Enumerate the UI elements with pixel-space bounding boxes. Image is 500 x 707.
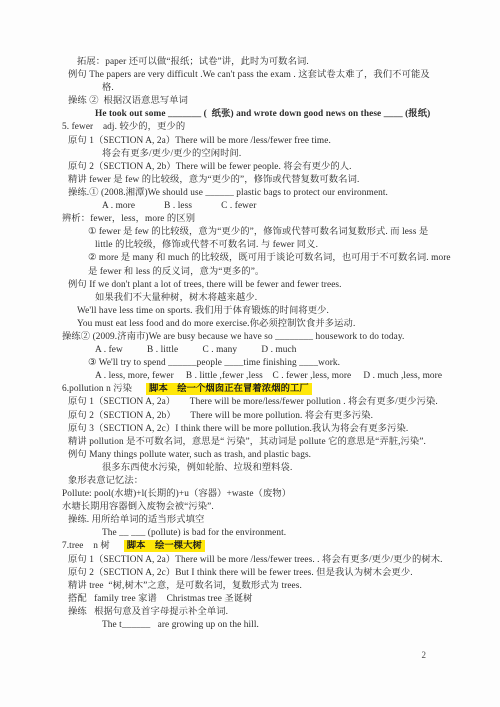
text-line: ② more 是 many 和 much 的比较级，既可用于谈论可数名词，也可用… — [88, 252, 494, 265]
text-line: 原句 2（SECTION A, 2c）But I think there wil… — [68, 567, 494, 580]
text-line: Pollute: pool(水塘)+l(长期的)+u（容器）+waste（废物） — [62, 488, 494, 501]
text-segment: ③ We'll try to spend ______people ____ti… — [88, 358, 340, 368]
text-line: 如果我们不大量种树，树木将越来越少. — [95, 292, 494, 305]
text-segment: 操练. 用所给单词的适当形式填空 — [68, 515, 204, 525]
text-line: A . few B . little C . many D . much — [95, 344, 494, 357]
text-line: 7.tree n 树脚本 绘一棵大树 — [62, 540, 494, 553]
text-segment: He took out some _______ ( 纸张) and wrote… — [95, 109, 430, 119]
text-segment: A . few B . little C . many D . much — [95, 345, 297, 355]
text-line: The __ ___ (pollute) is bad for the envi… — [102, 527, 494, 540]
text-line: 操练. 用所给单词的适当形式填空 — [68, 514, 494, 527]
text-line: 原句 2（SECTION A, 2b） There will be more p… — [68, 410, 494, 423]
text-line: 原句 1（SECTION A, 2a）There will be more /l… — [68, 135, 494, 148]
document-lines: 拓展：paper 还可以做“报纸；试卷”讲，此时为可数名词.例句 The pap… — [62, 56, 494, 632]
text-segment: 如果我们不大量种树，树木将越来越少. — [95, 293, 257, 303]
text-line: A . less, more, fewer B . little ,fewer … — [95, 370, 494, 383]
text-segment: 例句 Many things pollute water, such as tr… — [68, 450, 311, 460]
text-segment: 精讲 fewer 是 few 的比较级，意为“更少的”，修饰或代替复数可数名词. — [68, 175, 359, 185]
text-segment: 原句 1（SECTION A, 2a） There will be more/l… — [68, 397, 438, 407]
document-page: 拓展：paper 还可以做“报纸；试卷”讲，此时为可数名词.例句 The pap… — [0, 0, 500, 707]
text-segment: 5. fewer adj. 较少的，更少的 — [62, 122, 185, 132]
text-segment: 原句 2（SECTION A, 2b）There will be fewer p… — [68, 162, 352, 172]
text-line: 6.pollution n 污染脚本 绘一个烟囱正在冒着浓烟的工厂 — [62, 383, 494, 396]
text-line: 拓展：paper 还可以做“报纸；试卷”讲，此时为可数名词. — [77, 56, 494, 69]
text-line: You must eat less food and do more exerc… — [77, 318, 494, 331]
text-segment: 拓展：paper 还可以做“报纸；试卷”讲，此时为可数名词. — [77, 57, 309, 67]
text-segment: Pollute: pool(水塘)+l(长期的)+u（容器）+waste（废物） — [62, 489, 291, 499]
text-line: 例句 The papers are very difficult .We can… — [68, 69, 494, 82]
page-number: 2 — [422, 650, 427, 660]
text-segment: little 的比较级，修饰或代替不可数名词. 与 fewer 同义. — [95, 240, 318, 250]
text-line: 精讲 tree “树,树木”之意，是可数名词，复数形式为 trees. — [68, 580, 494, 593]
text-segment: The __ ___ (pollute) is bad for the envi… — [102, 528, 286, 538]
text-segment: 原句 2（SECTION A, 2c）But I think there wil… — [68, 568, 413, 578]
text-segment: 辨析：fewer，less，more 的区别 — [62, 214, 195, 224]
text-line: 原句 1（SECTION A, 2a） There will be more/l… — [68, 396, 494, 409]
text-segment: A . less, more, fewer B . little ,fewer … — [95, 371, 442, 381]
text-line: 格. — [102, 82, 494, 95]
highlighted-annotation: 脚本 绘一棵大树 — [124, 540, 205, 552]
text-line: 操练.① (2008.湘潭)We should use ______ plast… — [68, 187, 494, 200]
text-segment: ① fewer 是 few 的比较级，意为“更少的”，修饰或代替可数名词复数形式… — [88, 227, 428, 237]
text-segment: 操练 ② 根据汉语意思写单词 — [68, 96, 188, 106]
text-line: 辨析：fewer，less，more 的区别 — [62, 213, 494, 226]
text-line: 精讲 pollution 是不可数名词，意思是“ 污染”，其动词是 pollut… — [68, 436, 494, 449]
text-line: 原句 2（SECTION A, 2b）There will be fewer p… — [68, 161, 494, 174]
text-line: ① fewer 是 few 的比较级，意为“更少的”，修饰或代替可数名词复数形式… — [88, 226, 494, 239]
text-segment: 操练.① (2008.湘潭)We should use ______ plast… — [68, 188, 388, 198]
text-line: 操练② (2009.济南市)We are busy because we hav… — [62, 331, 494, 344]
text-line: A . more B . less C . fewer — [102, 200, 494, 213]
text-line: 操练 ② 根据汉语意思写单词 — [68, 95, 494, 108]
text-line: 是 fewer 和 less 的反义词，意为“更多的”。 — [88, 266, 494, 279]
text-line: He took out some _______ ( 纸张) and wrote… — [95, 108, 494, 121]
text-line: 5. fewer adj. 较少的，更少的 — [62, 121, 494, 134]
text-line: little 的比较级，修饰或代替不可数名词. 与 fewer 同义. — [95, 239, 494, 252]
text-line: We'll have less time on sports. 我们用于体育锻炼… — [77, 305, 494, 318]
text-segment: 精讲 pollution 是不可数名词，意思是“ 污染”，其动词是 pollut… — [68, 437, 426, 447]
text-segment: 象形表意记忆法： — [68, 476, 143, 486]
text-segment: The t______ are growing up on the hill. — [102, 620, 259, 630]
text-segment: 将会有更多/更少/更少的空闲时间. — [102, 149, 241, 159]
text-line: 精讲 fewer 是 few 的比较级，意为“更少的”，修饰或代替复数可数名词. — [68, 174, 494, 187]
text-segment: 原句 3（SECTION A, 2c）I think there will be… — [68, 424, 408, 434]
text-segment: 操练② (2009.济南市)We are busy because we hav… — [62, 332, 404, 342]
text-segment: A . more B . less C . fewer — [102, 201, 256, 211]
text-line: 例句 Many things pollute water, such as tr… — [68, 449, 494, 462]
text-segment: 例句 If we don't plant a lot of trees, the… — [68, 280, 342, 290]
text-segment: 7.tree n 树 — [62, 541, 110, 551]
text-segment: 操练 根据句意及首字母提示补全单词. — [68, 607, 228, 617]
text-line: The t______ are growing up on the hill. — [102, 619, 494, 632]
text-segment: 原句 1（SECTION A, 2a）There will be more /l… — [68, 555, 443, 565]
text-line: 水塘长期用容器倒入废物会被“污染”. — [62, 501, 494, 514]
text-segment: 格. — [102, 83, 114, 93]
text-line: 原句 3（SECTION A, 2c）I think there will be… — [68, 423, 494, 436]
text-line: ③ We'll try to spend ______people ____ti… — [88, 357, 494, 370]
text-line: 很多东西使水污染，例如轮胎、垃圾和塑料袋. — [102, 462, 494, 475]
text-segment: You must eat less food and do more exerc… — [77, 319, 355, 329]
text-segment: 很多东西使水污染，例如轮胎、垃圾和塑料袋. — [102, 463, 292, 473]
text-line: 象形表意记忆法： — [68, 475, 494, 488]
text-segment: 原句 1（SECTION A, 2a）There will be more /l… — [68, 136, 331, 146]
text-segment: 例句 The papers are very difficult .We can… — [68, 70, 430, 80]
highlighted-annotation: 脚本 绘一个烟囱正在冒着浓烟的工厂 — [146, 383, 312, 395]
text-line: 操练 根据句意及首字母提示补全单词. — [68, 606, 494, 619]
text-segment: 是 fewer 和 less 的反义词，意为“更多的”。 — [88, 267, 264, 277]
text-segment: We'll have less time on sports. 我们用于体育锻炼… — [77, 306, 329, 316]
text-segment: 原句 2（SECTION A, 2b） There will be more p… — [68, 411, 373, 421]
text-line: 搭配 family tree 家谱 Christmas tree 圣诞树 — [68, 593, 494, 606]
text-line: 例句 If we don't plant a lot of trees, the… — [68, 279, 494, 292]
text-segment: 精讲 tree “树,树木”之意，是可数名词，复数形式为 trees. — [68, 581, 302, 591]
text-line: 原句 1（SECTION A, 2a）There will be more /l… — [68, 554, 494, 567]
text-segment: 6.pollution n 污染 — [62, 384, 132, 394]
text-line: 将会有更多/更少/更少的空闲时间. — [102, 148, 494, 161]
text-segment: 水塘长期用容器倒入废物会被“污染”. — [62, 502, 214, 512]
text-segment: 搭配 family tree 家谱 Christmas tree 圣诞树 — [68, 594, 253, 604]
text-segment: ② more 是 many 和 much 的比较级，既可用于谈论可数名词，也可用… — [88, 253, 451, 263]
